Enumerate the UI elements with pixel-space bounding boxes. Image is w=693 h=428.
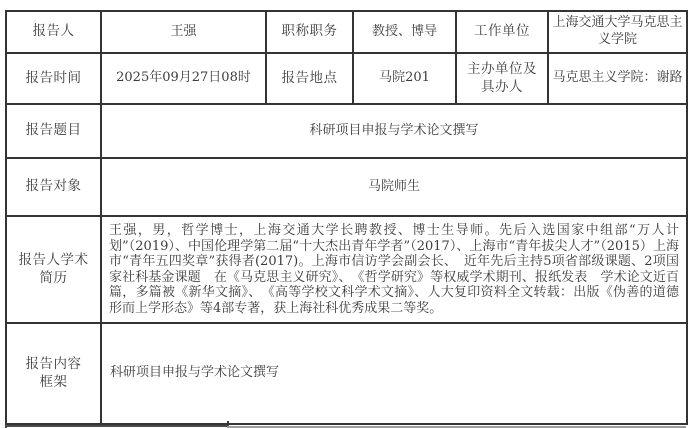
table-row: 报告对象 马院师生 <box>6 158 687 216</box>
field-label-report-audience: 报告对象 <box>6 158 101 216</box>
field-value-content-framework: 科研项目申报与学术论文撰写 <box>101 323 687 424</box>
field-label-report-location: 报告地点 <box>266 53 353 104</box>
table-row: 报告人学术 简历 王强，男，哲学博士，上海交通大学长聘教授、博士生导师。先后入选… <box>6 216 687 323</box>
field-value-speaker: 王强 <box>101 11 266 53</box>
field-value-speaker-bio: 王强，男，哲学博士，上海交通大学长聘教授、博士生导师。先后入选国家中组部“万人计… <box>101 216 687 323</box>
field-value-organizer: 马克思主义学院：谢路 <box>548 53 687 104</box>
field-label-report-topic: 报告题目 <box>6 104 101 158</box>
table-continuation-gray-line <box>227 426 686 428</box>
field-value-report-topic: 科研项目申报与学术论文撰写 <box>101 104 687 158</box>
field-label-speaker-bio: 报告人学术 简历 <box>6 216 101 323</box>
table-row: 报告题目 科研项目申报与学术论文撰写 <box>6 104 687 158</box>
field-value-work-unit: 上海交通大学马克思主 义学院 <box>548 11 687 53</box>
field-label-speaker: 报告人 <box>6 11 101 53</box>
field-value-report-time: 2025年09月27日08时 <box>101 53 266 104</box>
field-label-report-time: 报告时间 <box>6 53 101 104</box>
field-value-report-audience: 马院师生 <box>101 158 687 216</box>
report-announcement-page: 报告人 王强 职称职务 教授、博导 工作单位 上海交通大学马克思主 义学院 报告… <box>0 0 693 428</box>
table-row: 报告时间 2025年09月27日08时 报告地点 马院201 主办单位及 具办人… <box>6 53 687 104</box>
field-label-organizer: 主办单位及 具办人 <box>456 53 548 104</box>
field-label-content-framework: 报告内容 框架 <box>6 323 101 424</box>
lecture-report-form-table: 报告人 王强 职称职务 教授、博导 工作单位 上海交通大学马克思主 义学院 报告… <box>5 10 688 425</box>
field-value-report-location: 马院201 <box>353 53 456 104</box>
table-continuation-dark-line <box>5 425 227 427</box>
table-row: 报告内容 框架 科研项目申报与学术论文撰写 <box>6 323 687 424</box>
field-value-title-position: 教授、博导 <box>353 11 456 53</box>
table-row: 报告人 王强 职称职务 教授、博导 工作单位 上海交通大学马克思主 义学院 <box>6 11 687 53</box>
field-label-title-position: 职称职务 <box>266 11 353 53</box>
field-label-work-unit: 工作单位 <box>456 11 548 53</box>
